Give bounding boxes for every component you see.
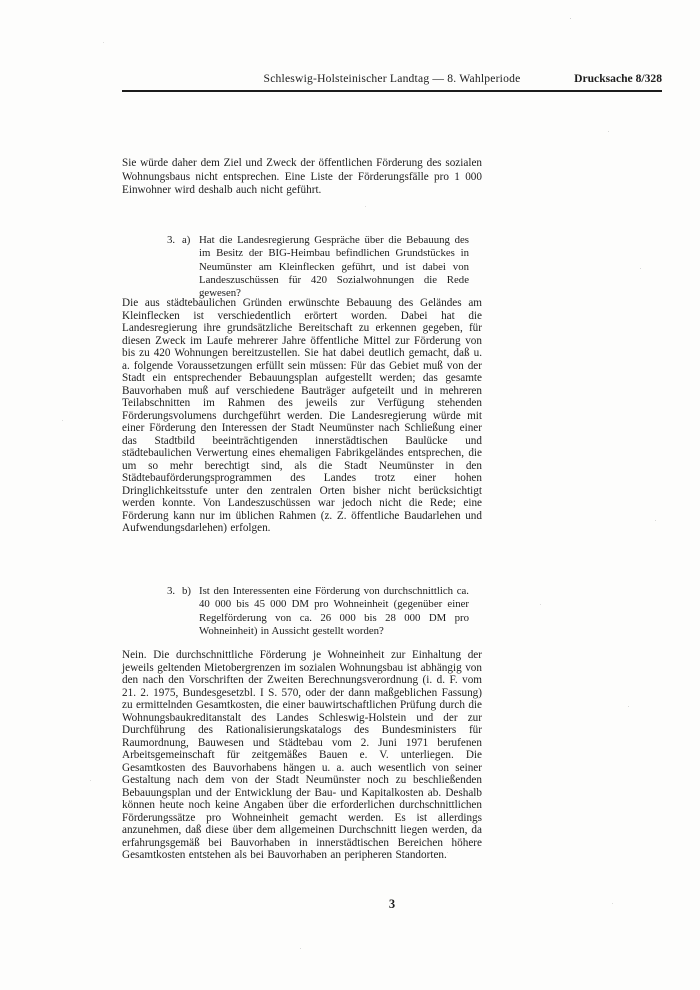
- question-3b-number: 3.: [167, 585, 182, 638]
- answer-3b: Nein. Die durchschnittliche Förderung je…: [122, 649, 482, 862]
- question-3b-text: Ist den Interessenten eine Förderung von…: [199, 585, 469, 638]
- header-rule: [122, 90, 662, 92]
- question-3a-text: Hat die Landesregierung Gespräche über d…: [199, 234, 469, 300]
- question-3a: 3. a) Hat die Landesregierung Gespräche …: [167, 234, 469, 300]
- header-title: Schleswig-Holsteinischer Landtag — 8. Wa…: [264, 71, 521, 87]
- question-3a-letter: a): [182, 234, 199, 300]
- paragraph-intro: Sie würde daher dem Ziel und Zweck der ö…: [122, 157, 482, 198]
- page-header: Schleswig-Holsteinischer Landtag — 8. Wa…: [122, 71, 662, 87]
- answer-3a: Die aus städtebaulichen Gründen erwünsch…: [122, 297, 482, 535]
- page-number: 3: [122, 897, 662, 912]
- document-page: Schleswig-Holsteinischer Landtag — 8. Wa…: [0, 0, 700, 990]
- question-3b: 3. b) Ist den Interessenten eine Förderu…: [167, 585, 469, 638]
- scan-noise: [0, 0, 1, 1]
- question-3b-letter: b): [182, 585, 199, 638]
- question-3a-number: 3.: [167, 234, 182, 300]
- header-document-number: Drucksache 8/328: [574, 71, 662, 87]
